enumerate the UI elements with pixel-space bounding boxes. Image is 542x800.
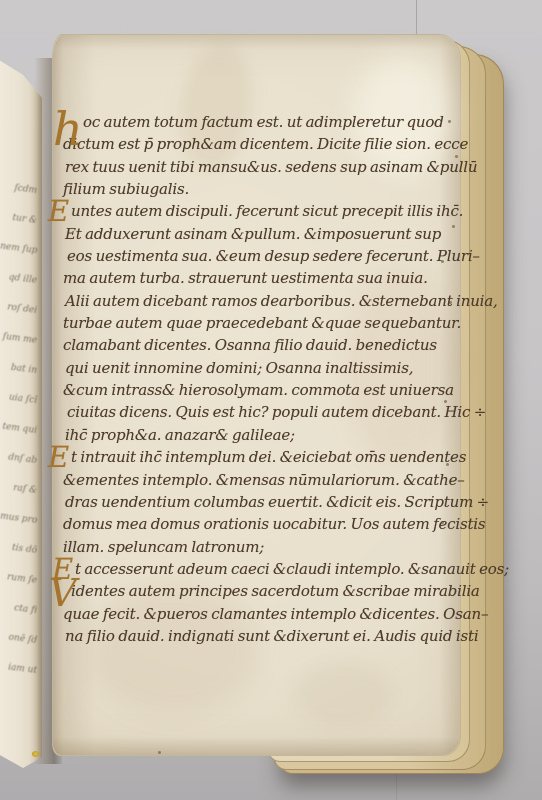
manuscript-line: &cum intrass& hierosolymam. commota est … [63, 379, 455, 401]
manuscript-page: hoc autem totum factum est. ut adimplere… [52, 34, 461, 756]
manuscript-line: turbae autem quae praecedebant &quae seq… [63, 312, 455, 334]
manuscript-line: Alii autem dicebant ramos dearboribus. &… [65, 290, 455, 312]
illuminated-initial: E [48, 444, 69, 470]
manuscript-line: Euntes autem discipuli. fecerunt sicut p… [63, 200, 455, 222]
manuscript-line-text: ma autem turba. strauerunt uestimenta su… [63, 269, 428, 287]
manuscript-line: filium subiugalis. [63, 178, 455, 200]
manuscript-line: dras uendentium columbas euertit. &dicit… [65, 491, 455, 513]
manuscript-line-text: oc autem totum factum est. ut adimpleret… [83, 113, 444, 131]
illuminated-initial: E [48, 198, 69, 224]
manuscript-line-text: qui uenit innomine domini; Osanna inalti… [65, 359, 413, 377]
manuscript-line-text: &ementes intemplo. &mensas nūmulariorum.… [63, 471, 465, 489]
manuscript-line-text: turbae autem quae praecedebant &quae seq… [63, 314, 461, 332]
manuscript-line-text: &cum intrass& hierosolymam. commota est … [63, 381, 454, 399]
manuscript-line-text: t intrauit ihc̄ intemplum dei. &eiciebat… [71, 448, 466, 466]
manuscript-line-text: Et adduxerunt asinam &pullum. &imposueru… [65, 225, 441, 243]
manuscript-line-text: na filio dauid. indignati sunt &dixerunt… [65, 627, 478, 645]
manuscript-line: quae fecit. &pueros clamantes intemplo &… [63, 603, 455, 625]
manuscript-line-text: ciuitas dicens. Quis est hic? populi aut… [67, 403, 486, 421]
page-speck [158, 751, 161, 754]
manuscript-line: clamabant dicentes. Osanna filio dauid. … [63, 334, 455, 356]
illuminated-initial: V [49, 577, 76, 609]
manuscript-line: hoc autem totum factum est. ut adimplere… [63, 111, 455, 133]
manuscript-line-text: domus mea domus orationis uocabitur. Uos… [63, 515, 485, 533]
manuscript-line-text: untes autem discipuli. fecerunt sicut pr… [71, 202, 463, 220]
gold-fleck [32, 751, 39, 757]
photo-scene: ſcdmtur &nem ſupqd illeroſ deiſum mebat … [0, 0, 542, 800]
illuminated-initial: h [53, 109, 82, 149]
manuscript-line-text: identes autem principes sacerdotum &scri… [71, 582, 480, 600]
manuscript-line-text: filium subiugalis. [63, 180, 189, 198]
manuscript-line: illam. speluncam latronum; [63, 536, 455, 558]
manuscript-line: na filio dauid. indignati sunt &dixerunt… [65, 625, 455, 647]
manuscript-line: dictum est p̄ proph&am dicentem. Dicite … [63, 133, 455, 155]
manuscript-line: Et adduxerunt asinam &pullum. &imposueru… [65, 223, 455, 245]
manuscript-line: qui uenit innomine domini; Osanna inalti… [65, 357, 455, 379]
manuscript-line: eos uestimenta sua. &eum desup sedere fe… [67, 245, 455, 267]
manuscript-line: domus mea domus orationis uocabitur. Uos… [63, 513, 455, 535]
manuscript-line: &ementes intemplo. &mensas nūmulariorum.… [63, 469, 455, 491]
manuscript-line-text: ihc̄ proph&a. anazar& galileae; [65, 426, 295, 444]
manuscript-line-text: illam. speluncam latronum; [63, 538, 264, 556]
manuscript-line-text: Alii autem dicebant ramos dearboribus. &… [65, 292, 498, 310]
manuscript-line: Et accesserunt adeum caeci &claudi intem… [67, 558, 455, 580]
manuscript-line: rex tuus uenit tibi mansu&us. sedens sup… [65, 156, 455, 178]
manuscript-line-text: dras uendentium columbas euertit. &dicit… [65, 493, 489, 511]
manuscript-line: ciuitas dicens. Quis est hic? populi aut… [67, 401, 455, 423]
parchment-stain [293, 663, 393, 727]
manuscript-line: ma autem turba. strauerunt uestimenta su… [63, 267, 455, 289]
manuscript-line: Videntes autem principes sacerdotum &scr… [63, 580, 455, 602]
manuscript-line-text: eos uestimenta sua. &eum desup sedere fe… [67, 247, 480, 265]
manuscript-line: ihc̄ proph&a. anazar& galileae; [65, 424, 455, 446]
manuscript-line-text: clamabant dicentes. Osanna filio dauid. … [63, 336, 437, 354]
manuscript-line: Et intrauit ihc̄ intemplum dei. &eicieba… [63, 446, 455, 468]
manuscript-line-text: t accesserunt adeum caeci &claudi intemp… [75, 560, 509, 578]
manuscript-line-text: dictum est p̄ proph&am dicentem. Dicite … [63, 135, 468, 153]
cradle-thread-top [416, 0, 417, 36]
manuscript-text-block: hoc autem totum factum est. ut adimplere… [63, 111, 455, 647]
manuscript-line-text: quae fecit. &pueros clamantes intemplo &… [63, 605, 488, 623]
manuscript-line-text: rex tuus uenit tibi mansu&us. sedens sup… [65, 158, 477, 176]
